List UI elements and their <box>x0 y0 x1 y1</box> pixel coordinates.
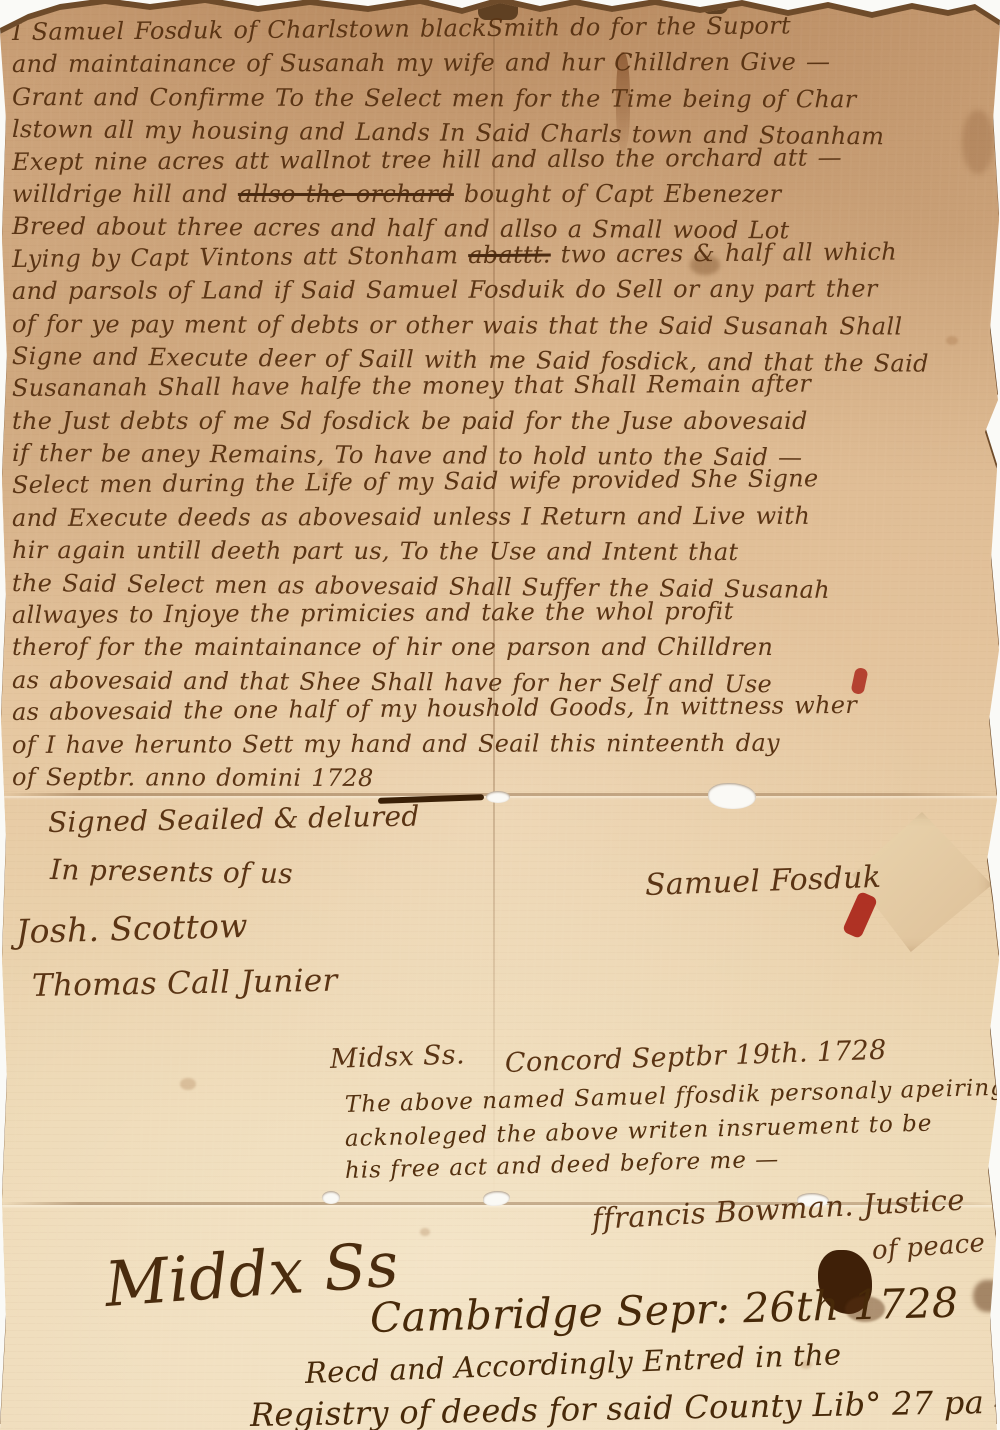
deed-body-line: willdrige hill and allso the orchard bou… <box>12 178 984 210</box>
deed-text: therof for the maintainance of hir one p… <box>12 633 773 661</box>
deed-text: Lying by Capt Vintons att Stonham <box>12 241 468 273</box>
struck-text: abattt. <box>468 240 551 269</box>
deed-text: and maintainance of Susanah my wife and … <box>12 48 830 78</box>
deed-body-line: I Samuel Fosduk of Charlstown blackSmith… <box>12 8 984 49</box>
deed-text: and parsols of Land if Said Samuel Fosdu… <box>12 275 878 305</box>
attestation-signed-line: Signed Seailed & delured <box>48 800 420 839</box>
ack-county-label: Midsx Ss. <box>329 1039 465 1075</box>
attestation-presence-line: In presents of us <box>50 853 294 890</box>
deed-text: Grant and Confirme To the Select men for… <box>12 83 857 113</box>
deed-text: bought of Capt Ebenezer <box>454 180 782 208</box>
witness-signature: Thomas Call Junier <box>32 963 338 1004</box>
ack-place-date: Concord Septbr 19th. 1728 <box>504 1035 887 1079</box>
deed-text: of I have herunto Sett my hand and Seail… <box>12 728 780 758</box>
deed-text: Susananah Shall have halfe the money tha… <box>12 370 811 402</box>
deed-text: and Execute deeds as abovesaid unless I … <box>12 502 810 532</box>
deed-text: two acres & half all which <box>551 237 897 268</box>
deed-text: willdrige hill and <box>12 180 238 208</box>
deed-body-line: Grant and Confirme To the Select men for… <box>12 81 984 116</box>
deed-body-line: of Septbr. anno domini 1728 <box>12 761 984 796</box>
registry-county-script: Middx Ss <box>102 1228 400 1321</box>
deed-body-line: the Just debts of me Sd fosdick be paid … <box>12 405 984 437</box>
manuscript-page: I Samuel Fosduk of Charlstown blackSmith… <box>0 0 1000 1430</box>
deed-body-line: of for ye pay ment of debts or other wai… <box>12 308 984 343</box>
document-scene: I Samuel Fosduk of Charlstown blackSmith… <box>0 0 1000 1430</box>
registry-line: Registry of deeds for said County Lib° 2… <box>250 1382 1000 1430</box>
foxing-spot <box>180 1078 196 1090</box>
deed-text: I Samuel Fosduk of Charlstown blackSmith… <box>12 11 791 46</box>
deed-text: of Septbr. anno domini 1728 <box>12 763 374 792</box>
deed-body-line: Exept nine acres att wallnot tree hill a… <box>12 140 984 178</box>
deed-body-line: allwayes to Injoye the primicies and tak… <box>12 594 984 632</box>
justice-title: of peace <box>871 1228 986 1266</box>
justice-signature: ffrancis Bowman. Justice <box>591 1182 965 1235</box>
deed-body-line: hir again untill deeth part us, To the U… <box>12 534 984 569</box>
deed-body-line: and Execute deeds as abovesaid unless I … <box>12 499 984 534</box>
edge-smudge <box>973 1280 1000 1312</box>
deed-text: of for ye pay ment of debts or other wai… <box>12 310 902 340</box>
deed-text: the Just debts of me Sd fosdick be paid … <box>12 407 808 435</box>
deed-body-lines: I Samuel Fosduk of Charlstown blackSmith… <box>12 16 984 793</box>
deed-text: Exept nine acres att wallnot tree hill a… <box>12 143 842 176</box>
deed-text: as abovesaid the one half of my houshold… <box>12 691 857 726</box>
deed-body-line: as abovesaid the one half of my houshold… <box>12 688 984 729</box>
ack-line: acknoleged the above writen insruement t… <box>345 1111 933 1152</box>
struck-text: allso the orchard <box>238 180 454 208</box>
deed-text: Select men during the Life of my Said wi… <box>12 465 819 500</box>
grantor-signature: Samuel Fosduk <box>644 860 881 903</box>
registry-place-date: Cambridge Sepr: 26th 1728 <box>369 1279 958 1342</box>
deed-body-line: therof for the maintainance of hir one p… <box>12 631 984 663</box>
deed-body-line: and maintainance of Susanah my wife and … <box>12 46 984 81</box>
deed-body-line: and parsols of Land if Said Samuel Fosdu… <box>12 272 984 307</box>
witness-signature: Josh. Scottow <box>15 906 248 951</box>
deed-text: allwayes to Injoye the primicies and tak… <box>12 597 734 629</box>
deed-body-line: Select men during the Life of my Said wi… <box>12 461 984 502</box>
deed-text: hir again untill deeth part us, To the U… <box>12 536 738 566</box>
wax-seal-remnant <box>842 891 878 939</box>
ack-line: his free act and deed before me — <box>345 1147 780 1184</box>
paper-hole <box>322 1191 340 1204</box>
registry-line: Recd and Accordingly Entred in the <box>304 1337 842 1390</box>
foxing-spot <box>420 1228 430 1236</box>
deed-body-line: of I have herunto Sett my hand and Seail… <box>12 726 984 761</box>
deed-body-line: Susananah Shall have halfe the money tha… <box>12 367 984 405</box>
